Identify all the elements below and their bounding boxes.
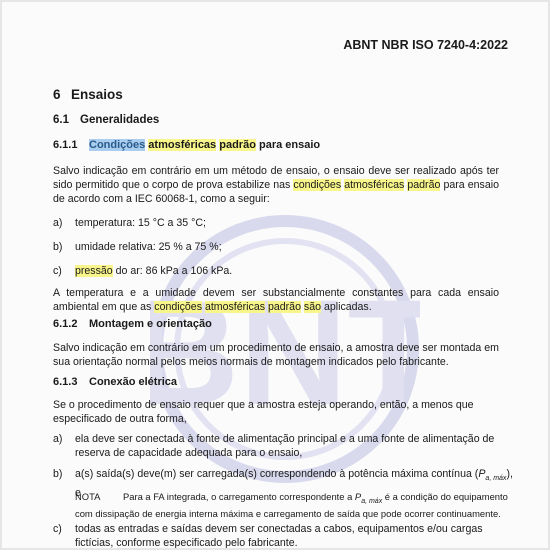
- highlight[interactable]: padrão: [219, 139, 256, 151]
- clause-6-1-1-paragraph: Salvo indicação em contrário em um métod…: [53, 164, 499, 206]
- selected-text[interactable]: Condições: [89, 139, 145, 151]
- subsection-heading: 6.1Generalidades: [53, 113, 499, 127]
- clause-6-1-1-heading: 6.1.1Condições atmosféricas padrão para …: [53, 138, 499, 152]
- list-item: a)ela deve ser conectada à fonte de alim…: [53, 432, 521, 460]
- clause-6-1-1-paragraph-2: A temperatura e a umidade devem ser subs…: [53, 286, 499, 314]
- clause-6-1-2-paragraph: Salvo indicação em contrário em um proce…: [53, 341, 499, 369]
- note: NOTAPara a FA integrada, o carregamento …: [53, 491, 521, 521]
- highlight[interactable]: atmosféricas: [344, 179, 404, 191]
- highlight[interactable]: condições: [154, 301, 202, 313]
- highlight[interactable]: padrão: [407, 179, 440, 191]
- list-item: c)pressão do ar: 86 kPa a 106 kPa.: [53, 264, 521, 278]
- clause-6-1-3-paragraph: Se o procedimento de ensaio requer que a…: [53, 398, 499, 426]
- highlight[interactable]: atmosféricas: [205, 301, 265, 313]
- highlight[interactable]: atmosféricas: [148, 139, 216, 151]
- list-item: a)temperatura: 15 °C a 35 °C;: [53, 216, 521, 230]
- clause-6-1-2-heading: 6.1.2Montagem e orientação: [53, 317, 499, 331]
- document-code-header: ABNT NBR ISO 7240-4:2022: [343, 38, 508, 52]
- document-page: BNT ABNT NBR ISO 7240-4:2022 6Ensaios 6.…: [2, 2, 548, 548]
- highlight[interactable]: pressão: [75, 265, 113, 277]
- highlight[interactable]: são: [304, 301, 321, 313]
- list-item: b)umidade relativa: 25 % a 75 %;: [53, 240, 521, 254]
- section-heading: 6Ensaios: [53, 88, 499, 102]
- highlight[interactable]: condições: [293, 179, 341, 191]
- highlight[interactable]: padrão: [268, 301, 301, 313]
- list-item: c)todas as entradas e saídas devem ser c…: [53, 522, 521, 548]
- clause-6-1-3-heading: 6.1.3Conexão elétrica: [53, 375, 499, 389]
